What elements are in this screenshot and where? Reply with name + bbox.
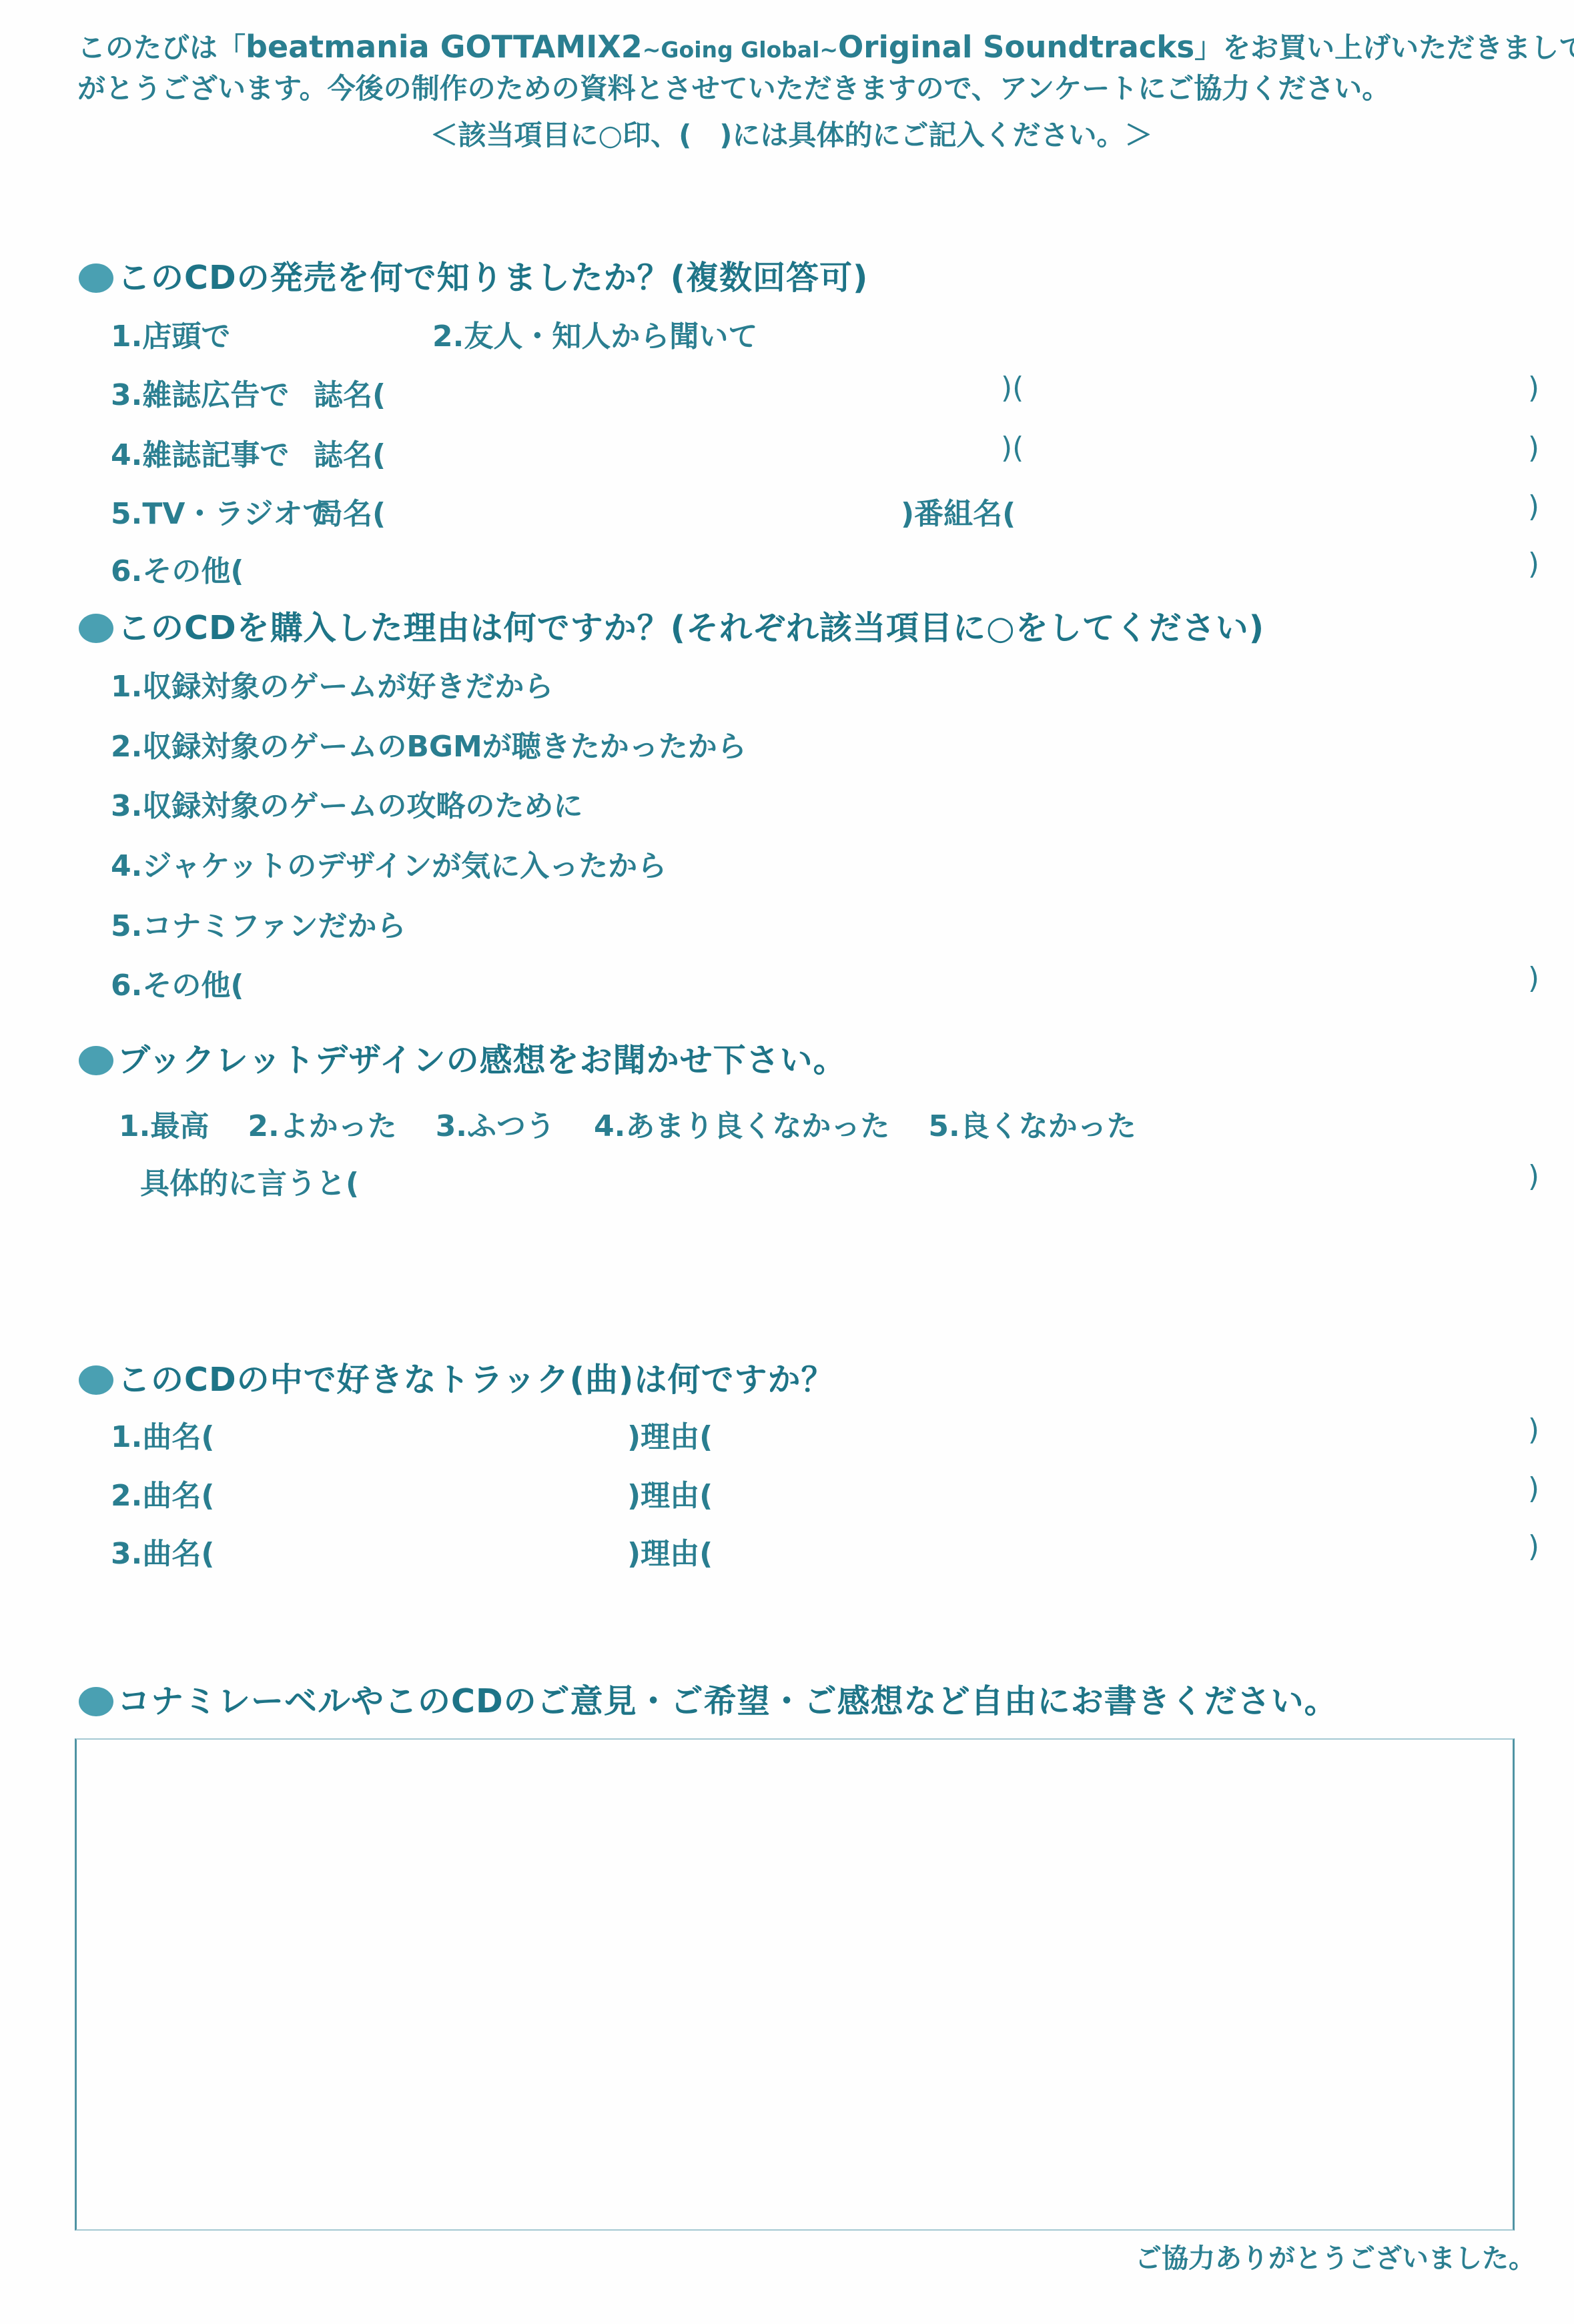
- intro-paragraph: このたびは「beatmania GOTTAMIX2~Going Global~O…: [77, 25, 1505, 155]
- reason-field-open: )理由(: [627, 1530, 713, 1572]
- station-name-field-open: 局名(: [314, 490, 386, 532]
- album-title-main: beatmania GOTTAMIX2: [246, 29, 643, 65]
- q2-option-other-open: 6.その他(: [111, 961, 244, 1004]
- q2-option-other: 6.その他( ): [0, 961, 1574, 1004]
- bullet-icon: [79, 1046, 113, 1075]
- q5-heading-text: コナミレーベルやこのCDのご意見・ご希望・ご感想など自由にお書きください。: [117, 1682, 1338, 1720]
- q1-option-store: 1.店頭で: [111, 312, 230, 355]
- q3-scale-1: 1.最高: [119, 1102, 209, 1145]
- magazine-name-field-open: 誌名(: [314, 371, 386, 414]
- free-comment-box[interactable]: [75, 1738, 1515, 2231]
- program-name-field-open: )番組名(: [901, 490, 1016, 532]
- field-close-open-parens: )(: [1001, 371, 1024, 405]
- q4-heading-text: このCDの中で好きなトラック(曲)は何ですか？: [117, 1361, 834, 1399]
- q4-track-row-3: 3.曲名( )理由( ): [0, 1530, 1574, 1572]
- q1-row-magazine-article: 4.雑誌記事で 誌名( )( ): [0, 431, 1574, 474]
- field-close-paren: ): [1528, 1472, 1539, 1506]
- q2-option-5: 5.コナミファンだから: [0, 902, 1574, 945]
- q2-option-4: 4.ジャケットのデザインが気に入ったから: [0, 842, 1574, 885]
- track-name-field-open: 2.曲名(: [111, 1472, 214, 1514]
- q3-scale-5: 5.良くなかった: [928, 1102, 1136, 1145]
- q2-option-2-label: 2.収録対象のゲームのBGMが聴きたかったから: [111, 722, 747, 765]
- q3-detail-field-open: 具体的に言うと(: [140, 1159, 359, 1202]
- magazine-name-field-open: 誌名(: [314, 431, 386, 474]
- q2-heading-text: このCDを購入した理由は何ですか？(それぞれ該当項目に○をしてください): [117, 609, 1264, 647]
- track-name-field-open: 3.曲名(: [111, 1530, 214, 1572]
- q3-scale-2: 2.よかった: [248, 1102, 396, 1145]
- q2-option-2: 2.収録対象のゲームのBGMが聴きたかったから: [0, 722, 1574, 765]
- questionnaire-page: このたびは「beatmania GOTTAMIX2~Going Global~O…: [0, 0, 1574, 2324]
- field-close-paren: ): [1528, 371, 1539, 405]
- q1-option-tv-radio-label: 5.TV・ラジオで: [111, 490, 332, 532]
- field-close-open-parens: )(: [1001, 431, 1024, 465]
- q2-option-5-label: 5.コナミファンだから: [111, 902, 406, 945]
- q1-heading-text: このCDの発売を何で知りましたか？(複数回答可): [117, 259, 868, 297]
- album-title-subtitle: ~Going Global~: [643, 37, 838, 63]
- q3-detail-row: 具体的に言うと( ): [0, 1159, 1574, 1202]
- album-title-tail: Original Soundtracks: [838, 29, 1194, 65]
- field-close-paren: ): [1528, 1530, 1539, 1564]
- q1-option-magazine-ad-label: 3.雑誌広告で: [111, 371, 289, 414]
- bullet-icon: [79, 1365, 113, 1395]
- intro-line2: がとうございます。今後の制作のための資料とさせていただきますので、アンケートにご…: [77, 69, 1505, 109]
- q2-option-1-label: 1.収録対象のゲームが好きだから: [111, 662, 553, 705]
- q4-track-row-1: 1.曲名( )理由( ): [0, 1413, 1574, 1456]
- q2-option-1: 1.収録対象のゲームが好きだから: [0, 662, 1574, 705]
- field-close-paren: ): [1528, 1159, 1539, 1193]
- q2-option-3-label: 3.収録対象のゲームの攻略のために: [111, 782, 582, 824]
- q3-heading-text: ブックレットデザインの感想をお聞かせ下さい。: [117, 1041, 847, 1079]
- bullet-icon: [79, 614, 113, 643]
- field-close-paren: ): [1528, 490, 1539, 524]
- q3-heading: ブックレットデザインの感想をお聞かせ下さい。: [79, 1035, 847, 1081]
- q1-row-other: 6.その他( ): [0, 547, 1574, 590]
- q1-row-magazine-ad: 3.雑誌広告で 誌名( )( ): [0, 371, 1574, 414]
- q1-heading: このCDの発売を何で知りましたか？(複数回答可): [79, 252, 868, 299]
- q2-option-3: 3.収録対象のゲームの攻略のために: [0, 782, 1574, 824]
- field-close-paren: ): [1528, 547, 1539, 581]
- q4-heading: このCDの中で好きなトラック(曲)は何ですか？: [79, 1354, 834, 1401]
- q2-option-4-label: 4.ジャケットのデザインが気に入ったから: [111, 842, 667, 885]
- q1-option-magazine-article-label: 4.雑誌記事で: [111, 431, 289, 474]
- reason-field-open: )理由(: [627, 1472, 713, 1514]
- intro-instructions: ＜該当項目に○印、( )には具体的にご記入ください。＞: [77, 115, 1505, 155]
- field-close-paren: ): [1528, 431, 1539, 465]
- q3-scale-3: 3.ふつう: [436, 1102, 555, 1145]
- q1-option-friend: 2.友人・知人から聞いて: [432, 312, 757, 355]
- intro-line1: このたびは「beatmania GOTTAMIX2~Going Global~O…: [77, 25, 1505, 69]
- field-close-paren: ): [1528, 1413, 1539, 1447]
- intro-line1-prefix: このたびは「: [77, 31, 246, 64]
- bullet-icon: [79, 1687, 113, 1716]
- intro-line1-suffix: 」をお買い上げいただきましてあり: [1194, 31, 1574, 64]
- reason-field-open: )理由(: [627, 1413, 713, 1456]
- q3-scale-4: 4.あまり良くなかった: [594, 1102, 889, 1145]
- field-close-paren: ): [1528, 961, 1539, 995]
- q3-rating-scale: 1.最高 2.よかった 3.ふつう 4.あまり良くなかった 5.良くなかった: [119, 1102, 1136, 1145]
- bullet-icon: [79, 263, 113, 293]
- q1-option-other-open: 6.その他(: [111, 547, 244, 590]
- track-name-field-open: 1.曲名(: [111, 1413, 214, 1456]
- q1-row-tv-radio: 5.TV・ラジオで 局名( )番組名( ): [0, 490, 1574, 532]
- thank-you-note: ご協力ありがとうございました。: [1135, 2237, 1535, 2275]
- q4-track-row-2: 2.曲名( )理由( ): [0, 1472, 1574, 1514]
- q2-heading: このCDを購入した理由は何ですか？(それぞれ該当項目に○をしてください): [79, 602, 1264, 649]
- q5-heading: コナミレーベルやこのCDのご意見・ご希望・ご感想など自由にお書きください。: [79, 1676, 1338, 1722]
- q1-row-store-friend: 1.店頭で 2.友人・知人から聞いて: [0, 312, 1574, 355]
